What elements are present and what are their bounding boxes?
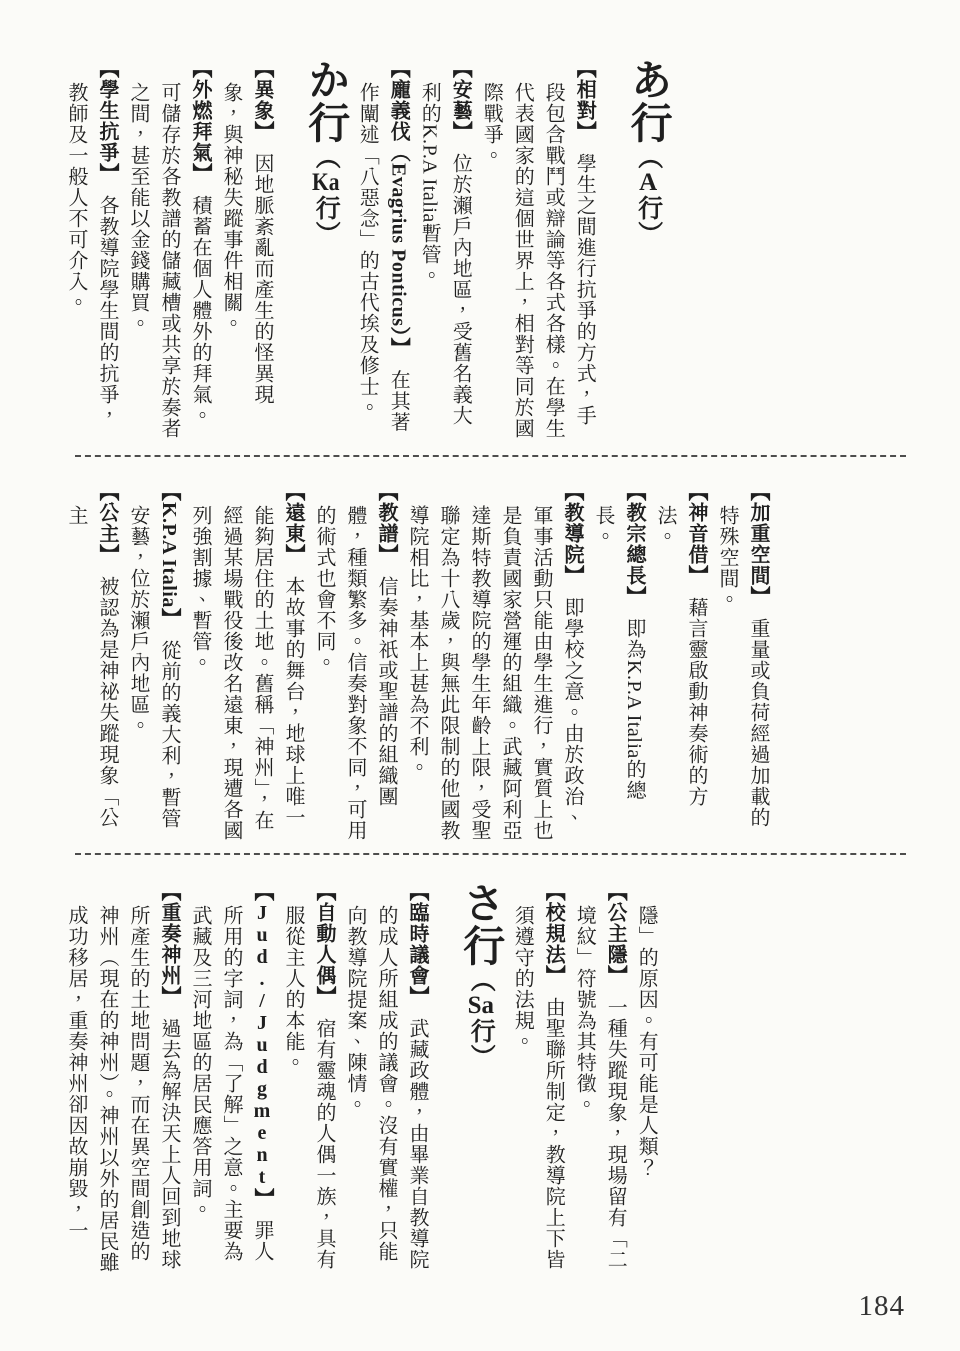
glossary-entry: 【相對】 學生之間進行抗爭的方式，手段包含戰鬥或辯論等各式各樣。在學生代表國家的… bbox=[475, 58, 599, 443]
glossary-entry: 【教導院】 即學校之意。由於政治、軍事活動只能由學生進行，實質上也是負責國家營運… bbox=[401, 481, 587, 841]
cjk-text: 【安藝】 bbox=[449, 58, 471, 132]
entry-term: 【加重空間】 bbox=[747, 481, 769, 597]
cjk-text: 【神音借】 bbox=[685, 481, 707, 576]
entry-definition: 位於瀨戶內地區，受舊名義大利的K.P.A Italia暫管。 bbox=[418, 82, 471, 426]
entry-term: 【龐義伐（Evagrius Ponticus）】 bbox=[387, 58, 409, 349]
entry-term: 【K.P.A Italia】 bbox=[158, 481, 180, 619]
glossary-band: 【加重空間】 重量或負荷經過加載的特殊空間。【神音借】 藉言靈啟動神奏術的方法。… bbox=[60, 481, 813, 841]
glossary-content: あ行（A行）【相對】 學生之間進行抗爭的方式，手段包含戰鬥或辯論等各式各樣。在學… bbox=[60, 58, 936, 1281]
cjk-text: 行） bbox=[635, 195, 662, 247]
glossary-entry: 【遠東】 本故事的舞台，地球上唯一能夠居住的土地。舊稱「神州」，在經過某場戰役後… bbox=[184, 481, 308, 841]
entry-term: 【遠東】 bbox=[282, 481, 304, 555]
cjk-text: 行） bbox=[312, 195, 339, 247]
cjk-text: 【教導院】 bbox=[561, 481, 583, 576]
glossary-entry: 【自動人偶】 宿有靈魂的人偶一族，具有服從主人的本能。 bbox=[277, 881, 339, 1281]
cjk-text: 本故事的舞台，地球上唯一能夠居住的土地。舊稱「神州」，在經過某場戰役後改名遠東，… bbox=[189, 505, 304, 841]
entry-term: 【教導院】 bbox=[561, 481, 583, 576]
section-heading-kana: あ行 bbox=[625, 58, 671, 144]
glossary-entry: 【加重空間】 重量或負荷經過加載的特殊空間。 bbox=[711, 481, 773, 841]
glossary-band: 隱」的原因。有可能是人類？【公主隱】 一種失蹤現象，現場留有「二境紋」符號為其特… bbox=[60, 881, 701, 1281]
glossary-entry: 【異象】 因地脈紊亂而產生的怪異現象，與神秘失蹤事件相關。 bbox=[215, 58, 277, 443]
tatechuyoko-text: Ka bbox=[312, 170, 339, 195]
entry-continuation: 隱」的原因。有可能是人類？ bbox=[630, 881, 661, 1281]
cjk-text: 【公主隱】 bbox=[604, 881, 626, 976]
glossary-entry: 【Jud./Judgment】 罪人所用的字詞，為「了解」之意。主要為武藏及三河… bbox=[184, 881, 277, 1281]
entry-term: 【Jud./Judgment】 bbox=[251, 881, 273, 1199]
cjk-text: 學生之間進行抗爭的方式，手段包含戰鬥或辯論等各式各樣。在學生代表國家的這個世界上… bbox=[480, 82, 595, 439]
cjk-text: 【 bbox=[251, 881, 273, 902]
glossary-entry: 【K.P.A Italia】 從前的義大利，暫管安藝，位於瀨戶內地區。 bbox=[122, 481, 184, 841]
cjk-text: 信奏神祇或聖譜的組織團體，種類繁多。信奏對象不同，可用的術式也會不同。 bbox=[313, 505, 397, 841]
entry-term: 【學生抗爭】 bbox=[96, 58, 118, 174]
page-number: 184 bbox=[859, 1290, 906, 1323]
sideways-latin-text: K.P.A Italia bbox=[418, 124, 440, 223]
cjk-text: 【外燃拜氣】 bbox=[189, 58, 211, 174]
entry-definition: 學生之間進行抗爭的方式，手段包含戰鬥或辯論等各式各樣。在學生代表國家的這個世界上… bbox=[480, 82, 595, 439]
section-heading: さ行（Sa行） bbox=[456, 881, 504, 1281]
cjk-text: 】 bbox=[251, 1188, 273, 1199]
cjk-text: 【公主】 bbox=[96, 481, 118, 555]
glossary-band: あ行（A行）【相對】 學生之間進行抗爭的方式，手段包含戰鬥或辯論等各式各樣。在學… bbox=[60, 58, 674, 443]
entry-term: 【外燃拜氣】 bbox=[189, 58, 211, 174]
section-heading: か行（Ka行） bbox=[301, 58, 349, 443]
entry-term: 【異象】 bbox=[251, 58, 273, 132]
entry-term: 【神音借】 bbox=[685, 481, 707, 576]
cjk-text: 【自動人偶】 bbox=[313, 881, 335, 997]
cjk-text: 【教宗總長】 bbox=[623, 481, 645, 597]
entry-term: 【臨時議會】 bbox=[406, 881, 428, 997]
cjk-text: （ bbox=[467, 967, 494, 993]
entry-term: 【教譜】 bbox=[375, 481, 397, 555]
cjk-text: （ bbox=[635, 144, 662, 170]
cjk-text: 【龐義伐（ bbox=[387, 58, 409, 163]
glossary-entry: 【教宗總長】 即為K.P.A Italia的總長。 bbox=[587, 481, 649, 841]
section-heading-kana: さ行 bbox=[457, 881, 503, 967]
sideways-latin-text: Evagrius Ponticus bbox=[387, 163, 409, 327]
glossary-entry: 【臨時議會】 武藏政體，由畢業自教導院的成人所組成的議會。沒有實權，只能向教導院… bbox=[339, 881, 432, 1281]
entry-definition: 本故事的舞台，地球上唯一能夠居住的土地。舊稱「神州」，在經過某場戰役後改名遠東，… bbox=[189, 505, 304, 841]
glossary-entry: 【公主隱】 一種失蹤現象，現場留有「二境紋」符號為其特徵。 bbox=[568, 881, 630, 1281]
section-heading-romaji: （A行） bbox=[635, 144, 662, 247]
entry-term: 【公主】 bbox=[96, 481, 118, 555]
cjk-text: 即學校之意。由於政治、軍事活動只能由學生進行，實質上也是負責國家營運的組織。武藏… bbox=[406, 505, 583, 841]
cjk-text: 【臨時議會】 bbox=[406, 881, 428, 997]
glossary-entry: 【重奏神州】 過去為解決天上人回到地球所產生的土地問題，而在異空間創造的神州（現… bbox=[60, 881, 184, 1281]
entry-term: 【校規法】 bbox=[542, 881, 564, 976]
cjk-text: 【校規法】 bbox=[542, 881, 564, 976]
glossary-entry: 【校規法】 由聖聯所制定，教導院上下皆須遵守的法規。 bbox=[506, 881, 568, 1281]
cjk-text: 【重奏神州】 bbox=[158, 881, 180, 997]
glossary-entry: 【龐義伐（Evagrius Ponticus）】 在其著作闡述「八惡念」的古代埃… bbox=[351, 58, 413, 443]
entry-term: 【重奏神州】 bbox=[158, 881, 180, 997]
cjk-text: 【加重空間】 bbox=[747, 481, 769, 597]
cjk-text: 】 bbox=[158, 608, 180, 619]
cjk-text: 【異象】 bbox=[251, 58, 273, 132]
cjk-text: 【遠東】 bbox=[282, 481, 304, 555]
tatechuyoko-text: A bbox=[635, 170, 662, 195]
glossary-entry: 【教譜】 信奏神祇或聖譜的組織團體，種類繁多。信奏對象不同，可用的術式也會不同。 bbox=[308, 481, 401, 841]
dashed-divider bbox=[75, 853, 906, 855]
glossary-page: あ行（A行）【相對】 學生之間進行抗爭的方式，手段包含戰鬥或辯論等各式各樣。在學… bbox=[0, 0, 960, 1351]
section-heading: あ行（A行） bbox=[623, 58, 671, 443]
entry-term: 【公主隱】 bbox=[604, 881, 626, 976]
cjk-text: 【相對】 bbox=[573, 58, 595, 132]
glossary-entry: 【安藝】 位於瀨戶內地區，受舊名義大利的K.P.A Italia暫管。 bbox=[413, 58, 475, 443]
section-heading-romaji: （Sa行） bbox=[467, 967, 494, 1070]
upright-latin-text: Jud./Judgment bbox=[251, 902, 273, 1188]
entry-definition: 信奏神祇或聖譜的組織團體，種類繁多。信奏對象不同，可用的術式也會不同。 bbox=[313, 505, 397, 841]
entry-term: 【教宗總長】 bbox=[623, 481, 645, 597]
section-heading-kana: か行 bbox=[302, 58, 348, 144]
glossary-entry: 【神音借】 藉言靈啟動神奏術的方法。 bbox=[649, 481, 711, 841]
entry-term: 【相對】 bbox=[573, 58, 595, 132]
cjk-text: 【學生抗爭】 bbox=[96, 58, 118, 174]
glossary-entry: 【學生抗爭】 各教導院學生間的抗爭，教師及一般人不可介入。 bbox=[60, 58, 122, 443]
entry-term: 【安藝】 bbox=[449, 58, 471, 132]
cjk-text: ）】 bbox=[387, 327, 409, 349]
glossary-entry: 【外燃拜氣】 積蓄在個人體外的拜氣。可儲存於各教譜的儲藏槽或共享於奏者之間，甚至… bbox=[122, 58, 215, 443]
cjk-text: 暫管。 bbox=[418, 223, 440, 286]
cjk-text: 【教譜】 bbox=[375, 481, 397, 555]
dashed-divider bbox=[75, 455, 906, 457]
cjk-text: 隱」的原因。有可能是人類？ bbox=[635, 905, 657, 1178]
tatechuyoko-text: Sa bbox=[467, 993, 494, 1018]
glossary-entry: 【公主】 被認為是神祕失蹤現象「公主 bbox=[60, 481, 122, 841]
entry-definition: 即學校之意。由於政治、軍事活動只能由學生進行，實質上也是負責國家營運的組織。武藏… bbox=[406, 505, 583, 841]
entry-term: 【自動人偶】 bbox=[313, 881, 335, 997]
sideways-latin-text: K.P.A Italia bbox=[623, 660, 645, 759]
cjk-text: （ bbox=[312, 144, 339, 170]
section-heading-romaji: （Ka行） bbox=[312, 144, 339, 247]
cjk-text: 行） bbox=[467, 1018, 494, 1070]
cjk-text: 即為 bbox=[623, 597, 645, 660]
cjk-text: 【 bbox=[158, 481, 180, 502]
sideways-latin-text: K.P.A Italia bbox=[158, 502, 180, 608]
